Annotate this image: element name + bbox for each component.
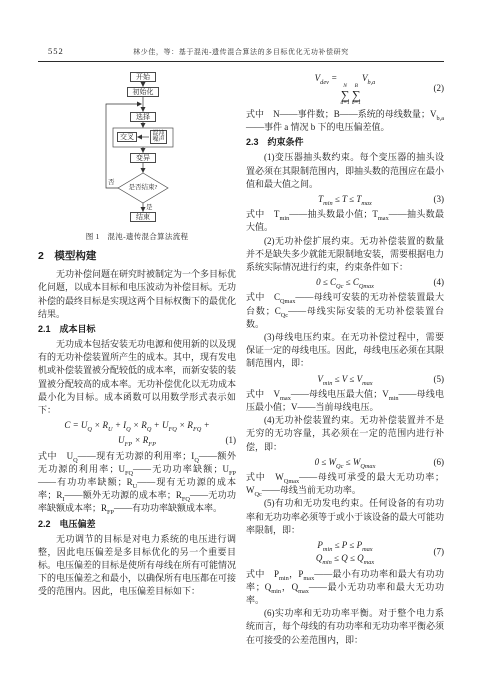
flowchart-yes-label: 是 (146, 204, 153, 211)
flowchart-decision-label: 是否结束? (118, 184, 168, 191)
flowchart-select-box: 选择 (130, 112, 156, 122)
equation-1-number: (1) (226, 434, 237, 447)
equation-7-body-2: Qmin ≤ Q ≤ Qmax (316, 552, 374, 565)
equation-4-body: 0 ≤ CQc ≤ CQmax (316, 276, 374, 289)
equation-7-body-1: Pmin ≤ P ≤ Pmax (317, 539, 372, 552)
flowchart-chaos-noise-box: 混沌噪声 (150, 130, 167, 144)
flowchart-end-box: 结束 (130, 212, 156, 222)
paragraph: (4)无功补偿装置约束。无功补偿装置并不是无穷的无功容量，其必须在一定的范围内进… (246, 414, 444, 454)
two-column-body: 开始 初始化 选择 交叉 混沌噪声 变异 是否结束? 否 是 结束 图 1 混沌… (38, 70, 444, 647)
page-header: 552 林少佳，等：基于混沌-遗传混合算法的多目标优化无功补偿研究 (38, 46, 444, 58)
paragraph: 无功补偿问题在研究时被制定为一个多目标优化问题，以成本目标和电压波动为补偿目标。… (38, 268, 236, 321)
where-clause: 式中 UQ——现有无功源的利用率；IQ——额外无功源的利用率；UFQ——无功功率… (38, 450, 236, 516)
paragraph: 无功调节的目标是对电力系统的电压进行调整，因此电压偏差是多目标优化的另一个重要目… (38, 533, 236, 599)
flowchart-init-box: 初始化 (127, 87, 159, 97)
equation-7-number: (7) (434, 546, 445, 559)
equation-7-line-2: Qmin ≤ Q ≤ Qmax (246, 552, 444, 565)
equation-5: Vmin ≤ V ≤ Vmax (5) (246, 373, 444, 386)
paragraph: (1)变压器抽头数约束。每个变压器的抽头设置必须在其限制范围内，即抽头数的范围应… (246, 151, 444, 191)
paragraph: (3)母线电压约束。在无功补偿过程中，需要保证一定的母线电压。因此，母线电压必须… (246, 331, 444, 371)
equation-7: Pmin ≤ P ≤ Pmax Qmin ≤ Q ≤ Qmax (7) (246, 539, 444, 565)
equation-6-number: (6) (434, 456, 445, 469)
equation-7-line-1: Pmin ≤ P ≤ Pmax (246, 539, 444, 552)
equation-2-body: Vdev = N∑a=1B∑b=1Vb,a (315, 72, 376, 106)
paragraph: (2)无功补偿扩展约束。无功补偿装置的数量并不是缺失多少就能无限制地安装，需要根… (246, 235, 444, 275)
equation-1-line-2: UFP × RFP (1) (38, 434, 236, 447)
paper-page: 552 林少佳，等：基于混沌-遗传混合算法的多目标优化无功补偿研究 (0, 0, 480, 673)
right-column: Vdev = N∑a=1B∑b=1Vb,a (2) 式中 N——事件数；B——系… (246, 70, 444, 647)
equation-4-number: (4) (434, 276, 445, 289)
equation-6-body: 0 ≤ WQc ≤ WQmax (315, 456, 376, 469)
running-title: 林少佳，等：基于混沌-遗传混合算法的多目标优化无功补偿研究 (38, 47, 444, 57)
equation-1-body: C = UQ × RU + IQ × RQ + UFQ × RFQ + (64, 419, 209, 432)
equation-3-number: (3) (434, 193, 445, 206)
where-clause: 式中 Vmax——母线电压最大值；Vmin——母线电压最小值；V——当前母线电压… (246, 388, 444, 414)
where-clause: 式中 CQmax——母线可安装的无功补偿装置最大台数；CQc——母线实际安装的无… (246, 291, 444, 331)
equation-1-body-cont: UFP × RFP (118, 434, 156, 447)
paragraph: (6)实功率和无功功率平衡。对于整个电力系统而言，每个母线的有功功率和无功功率平… (246, 607, 444, 647)
equation-2-number: (2) (434, 82, 445, 95)
equation-6: 0 ≤ WQc ≤ WQmax (6) (246, 456, 444, 469)
section-2-3-heading: 2.3 约束条件 (246, 136, 444, 149)
equation-2: Vdev = N∑a=1B∑b=1Vb,a (2) (246, 72, 444, 106)
where-clause: 式中 Tmin——抽头数最小值；Tmax——抽头数最大值。 (246, 208, 444, 234)
flowchart-no-label: 否 (108, 179, 115, 186)
left-column: 开始 初始化 选择 交叉 混沌噪声 变异 是否结束? 否 是 结束 图 1 混沌… (38, 70, 236, 647)
flowchart-mutation-box: 变异 (130, 153, 156, 163)
equation-1-line-1: C = UQ × RU + IQ × RQ + UFQ × RFQ + (38, 419, 236, 432)
equation-4: 0 ≤ CQc ≤ CQmax (4) (246, 276, 444, 289)
section-2-2-heading: 2.2 电压偏差 (38, 518, 236, 531)
equation-3-body: Tmin ≤ T ≤ Tmax (318, 193, 372, 206)
header-rule (38, 61, 444, 62)
where-clause: 式中 N——事件数；B——系统的母线数量；Vb,a——事件 a 情况 b 下的电… (246, 108, 444, 134)
figure-caption: 图 1 混沌-遗传混合算法流程 (38, 230, 236, 243)
flowchart-crossover-box: 交叉 (117, 132, 137, 142)
where-clause: 式中 Pmin，Pmax——最小有功功率和最大有功功率；Qmin，Qmax——最… (246, 568, 444, 608)
where-clause: 式中 WQmax——母线可承受的最大无功功率；WQc——母线当前无功功率。 (246, 471, 444, 497)
equation-3: Tmin ≤ T ≤ Tmax (3) (246, 193, 444, 206)
paragraph: (5)有功和无功发电约束。任何设备的有功功率和无功功率必须等于或小于该设备的最大… (246, 497, 444, 537)
paragraph: 无功成本包括安装无功电源和使用新的以及现有的无功补偿装置所产生的成本。其中，现有… (38, 338, 236, 417)
flowchart: 开始 初始化 选择 交叉 混沌噪声 变异 是否结束? 否 是 结束 (38, 70, 236, 226)
section-2-heading: 2 模型构建 (38, 250, 236, 263)
flowchart-start-box: 开始 (130, 72, 156, 82)
section-2-1-heading: 2.1 成本目标 (38, 323, 236, 336)
equation-5-number: (5) (434, 373, 445, 386)
equation-5-body: Vmin ≤ V ≤ Vmax (317, 373, 372, 386)
figure-1: 开始 初始化 选择 交叉 混沌噪声 变异 是否结束? 否 是 结束 图 1 混沌… (38, 70, 236, 243)
